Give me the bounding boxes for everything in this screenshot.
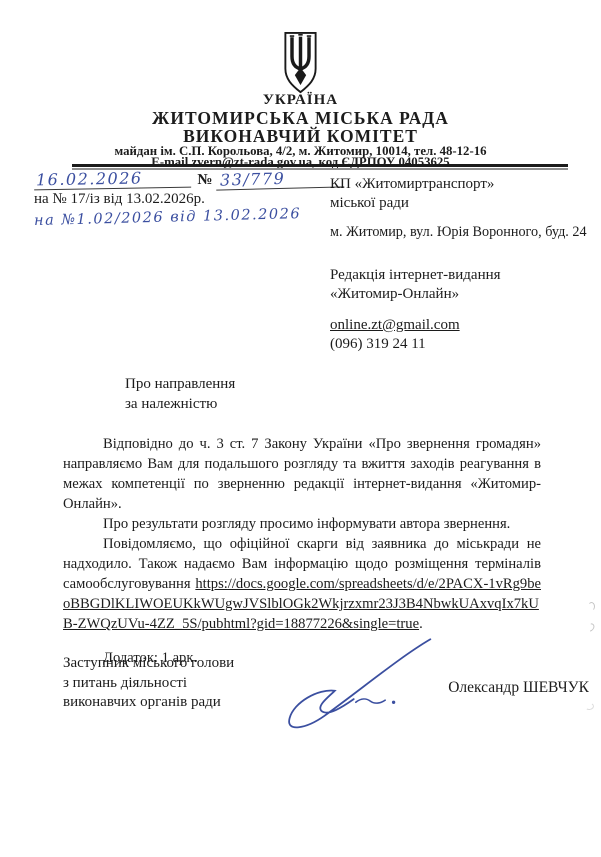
scan-artifact — [584, 702, 594, 710]
document-page: УКРАЇНА ЖИТОМИРСЬКА МІСЬКА РАДА ВИКОНАВЧ… — [0, 0, 601, 857]
recipient-org-line2: міської ради — [330, 194, 598, 213]
recipient-editorial-line2: «Житомир-Онлайн» — [330, 285, 598, 304]
subject-block: Про направлення за належністю — [125, 374, 235, 414]
handwritten-signature — [276, 636, 444, 741]
signer-title-block: Заступник міського голови з питань діяль… — [63, 654, 234, 713]
spacer — [330, 304, 598, 316]
recipient-editorial-line1: Редакція інтернет-видання — [330, 266, 598, 285]
spacer — [330, 242, 598, 266]
signer-title-line2: з питань діяльності — [63, 674, 234, 694]
subject-line1: Про направлення — [125, 374, 235, 394]
recipient-block: КП «Житомиртранспорт» міської ради м. Жи… — [330, 175, 598, 354]
recipient-phone: (096) 319 24 11 — [330, 335, 598, 354]
signer-name: Олександр ШЕВЧУК — [448, 679, 589, 697]
outgoing-date-handwritten: 16.02.2026 — [34, 168, 192, 191]
reference-line-out: 16.02.2026 № 33/779 — [34, 167, 344, 189]
spacer — [330, 213, 598, 223]
letter-body: Відповідно до ч. 3 ст. 7 Закону України … — [63, 434, 541, 668]
signer-title-line3: виконавчих органів ради — [63, 693, 234, 713]
header-country: УКРАЇНА — [0, 92, 601, 109]
recipient-email-link[interactable]: online.zt@gmail.com — [330, 317, 460, 333]
outgoing-number-handwritten: 33/779 — [216, 167, 344, 190]
scan-artifact — [588, 602, 595, 611]
number-sign: № — [191, 172, 216, 189]
ukraine-trident-icon — [281, 31, 320, 99]
body-paragraph-3: Повідомляємо, що офіційної скарги від за… — [63, 534, 541, 634]
body-paragraph-2: Про результати розгляду просимо інформув… — [63, 514, 541, 534]
subject-line2: за належністю — [125, 394, 235, 414]
reference-block: 16.02.2026 № 33/779 на № 17/із від 13.02… — [34, 167, 344, 225]
body-paragraph-3-period: . — [419, 616, 423, 632]
recipient-org-address: м. Житомир, вул. Юрія Воронного, буд. 24 — [330, 223, 598, 242]
recipient-org-line1: КП «Житомиртранспорт» — [330, 175, 598, 194]
scan-artifact — [585, 622, 596, 633]
reply-reference-handwritten: на №1.02/2026 від 13.02.2026 — [34, 205, 344, 229]
signer-title-line1: Заступник міського голови — [63, 654, 234, 674]
body-paragraph-1: Відповідно до ч. 3 ст. 7 Закону України … — [63, 434, 541, 514]
